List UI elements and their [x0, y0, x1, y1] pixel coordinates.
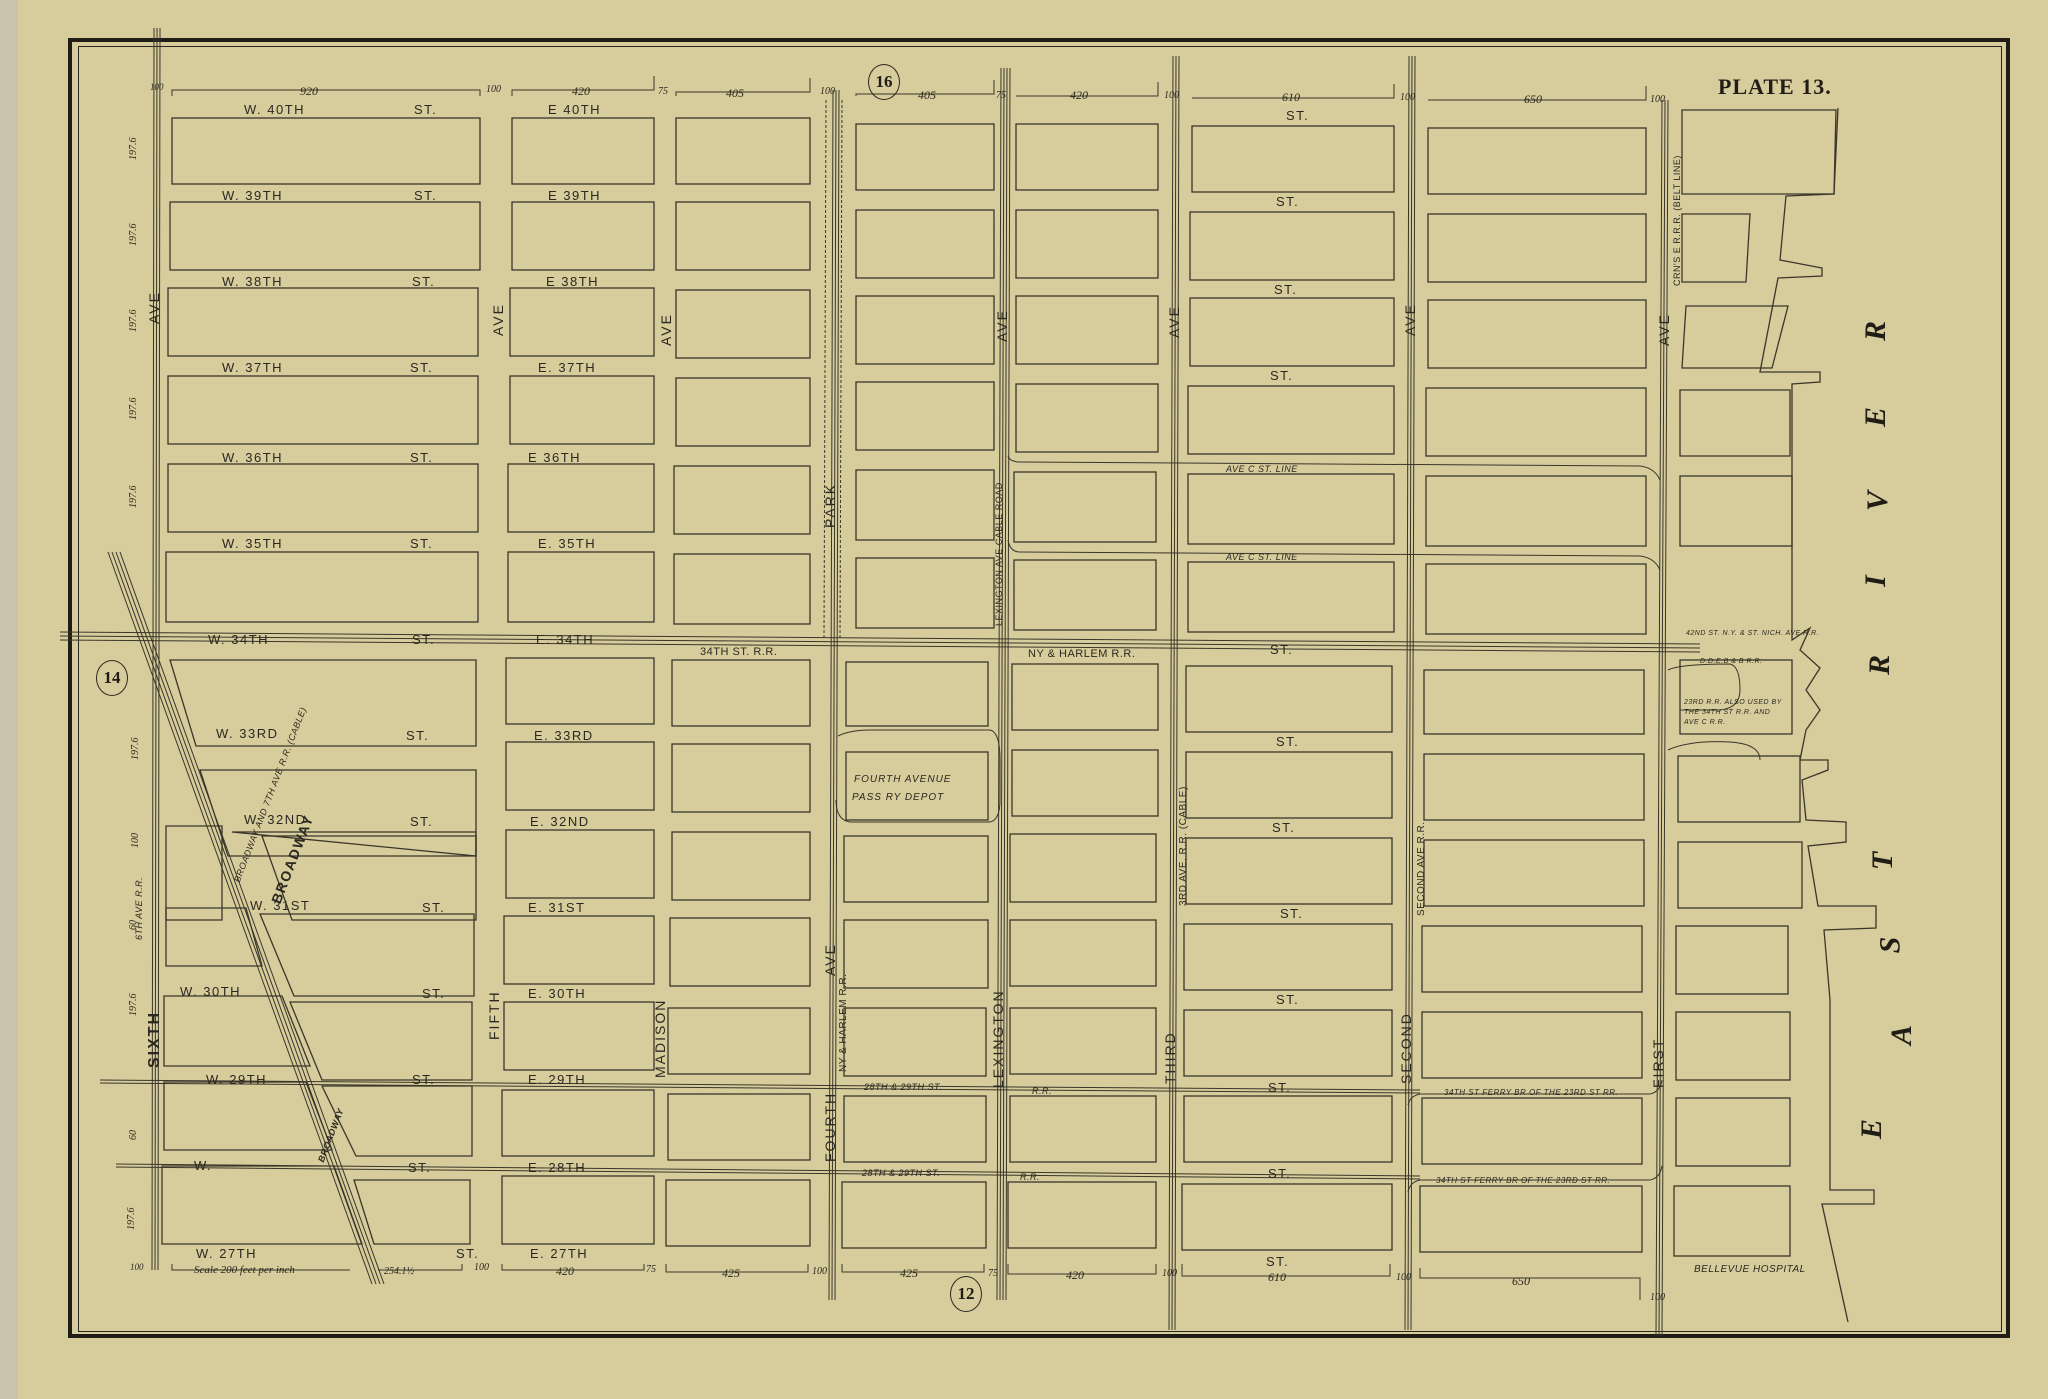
st-suffix: ST.: [456, 1246, 479, 1261]
river-letter: T: [1866, 852, 1900, 870]
street-e36: E 36TH: [528, 450, 581, 465]
st-suffix: ST.: [410, 450, 433, 465]
rr-first-ave-label: CRN'S E R.R.R. (BELT LINE): [1672, 155, 1682, 286]
river-letter: A: [1885, 1025, 1919, 1045]
dim-bottom-4: 75: [646, 1264, 656, 1275]
dim-bottom-1: 254.1½: [384, 1266, 414, 1277]
adjoining-plate-bottom[interactable]: 12: [950, 1276, 982, 1312]
blocks-fourth: [842, 124, 994, 1248]
street-e33: E. 33RD: [534, 728, 594, 743]
dim-bottom-13: 650: [1512, 1274, 1530, 1289]
dim-bottom-3: 420: [556, 1264, 574, 1279]
dim-top-10: 100: [1164, 90, 1179, 101]
rr-b-label: R.R.: [1020, 1172, 1040, 1182]
depot-label-line1: FOURTH AVENUE: [854, 774, 951, 785]
dim-bottom-9: 420: [1066, 1268, 1084, 1283]
street-w39: W. 39TH: [222, 188, 283, 203]
avenue-third: THIRD: [1162, 1031, 1178, 1084]
st-suffix: ST.: [1270, 642, 1293, 657]
dim-top-4: 75: [658, 86, 668, 97]
street-e35: E. 35TH: [538, 536, 596, 551]
rr-ave-c-2-label: AVE C ST. LINE: [1226, 552, 1298, 562]
street-w38: W. 38TH: [222, 274, 283, 289]
street-e27: E. 27TH: [530, 1246, 588, 1261]
street-w30: W. 30TH: [180, 984, 241, 999]
dim-top-9: 420: [1070, 88, 1088, 103]
st-suffix: ST.: [412, 632, 435, 647]
rr-a-label: R.R.: [1032, 1086, 1052, 1096]
st-suffix: ST.: [410, 814, 433, 829]
street-e32: E. 32ND: [530, 814, 590, 829]
river-letter: V: [1861, 491, 1895, 511]
rr-junction-2-label: D.D.E.B & B R.R.: [1700, 658, 1762, 665]
avenue-lexington: LEXINGTON: [990, 989, 1006, 1088]
dim-top-0: 100: [150, 82, 164, 92]
st-suffix: ST.: [410, 536, 433, 551]
street-w40: W. 40TH: [244, 102, 305, 117]
rr-ny-harlem-fourth-label: NY & HARLEM R.R.: [838, 974, 849, 1072]
street-e38: E 38TH: [546, 274, 599, 289]
dim-left-5: 197.6: [130, 738, 141, 761]
rr-ferry-b-label: 34TH ST FERRY BR OF THE 23RD ST RR.: [1436, 1176, 1610, 1185]
river-letter: R: [1859, 321, 1893, 341]
dim-left-0: 197.6: [128, 138, 139, 161]
dim-left-1: 197.6: [128, 224, 139, 247]
river-letter: E: [1859, 407, 1893, 427]
dim-left-2: 197.6: [128, 310, 139, 333]
dim-top-12: 100: [1400, 92, 1415, 103]
dim-top-3: 420: [572, 84, 590, 99]
dim-top-8: 75: [996, 90, 1006, 101]
avenue-park: PARK: [822, 483, 838, 528]
avenue-fifth-ave: AVE: [490, 303, 506, 336]
avenue-first-ave: AVE: [1656, 313, 1672, 346]
dim-left-6: 100: [130, 833, 141, 848]
dim-left-4: 197.6: [128, 486, 139, 509]
dim-left-9: 60: [128, 1130, 139, 1140]
dim-top-7: 405: [918, 88, 936, 103]
street-w28: W.: [194, 1158, 212, 1173]
dim-top-11: 610: [1282, 90, 1300, 105]
dim-left-10: 197.6: [126, 1208, 137, 1231]
st-suffix: ST.: [410, 360, 433, 375]
st-suffix: ST.: [1274, 282, 1297, 297]
street-e39: E 39TH: [548, 188, 601, 203]
street-e34: E. 34TH: [536, 632, 594, 647]
avenue-lexington-ave: AVE: [994, 309, 1010, 342]
avenue-fourth: FOURTH: [822, 1092, 838, 1162]
street-e40: E 40TH: [548, 102, 601, 117]
sixth-ave-rr-label: 6TH AVE R.R.: [134, 877, 144, 940]
st-suffix: ST.: [1266, 1254, 1289, 1269]
adjoining-plate-left[interactable]: 14: [96, 660, 128, 696]
river-letter: R: [1863, 655, 1897, 675]
rr-ave-c-1-label: AVE C ST. LINE: [1226, 464, 1298, 474]
rr-28-29-b-label: 28TH & 29TH ST.: [862, 1168, 940, 1178]
dim-top-2: 100: [486, 84, 501, 95]
dim-bottom-12: 100: [1396, 1272, 1411, 1283]
avenue-first: FIRST: [1650, 1038, 1666, 1088]
street-e31: E. 31ST: [528, 900, 585, 915]
blocks-second: [1420, 128, 1646, 1252]
st-suffix: ST.: [414, 188, 437, 203]
st-suffix: ST.: [1268, 1166, 1291, 1181]
rr-ny-harlem-34-label: NY & HARLEM R.R.: [1028, 648, 1135, 660]
street-e28: E. 28TH: [528, 1160, 586, 1175]
street-w29: W. 29TH: [206, 1072, 267, 1087]
st-suffix: ST.: [1276, 194, 1299, 209]
dim-top-14: 100: [1650, 94, 1665, 105]
avenue-third-ave: AVE: [1166, 305, 1182, 338]
st-suffix: ST.: [1276, 992, 1299, 1007]
dim-bottom-11: 610: [1268, 1270, 1286, 1285]
dim-bottom-10: 100: [1162, 1268, 1177, 1279]
rr-lexington-cable-label: LEXINGTON AVE CABLE ROAD: [994, 482, 1004, 626]
plate-title: PLATE 13.: [1718, 74, 1832, 100]
street-w34: W. 34TH: [208, 632, 269, 647]
street-w37: W. 37TH: [222, 360, 283, 375]
dim-bottom-8: 75: [988, 1268, 998, 1279]
scale-note: Scale 200 feet per inch: [194, 1264, 295, 1276]
bellevue-hospital-label: BELLEVUE HOSPITAL: [1694, 1264, 1806, 1275]
rr-28-29-a-label: 28TH & 29TH ST.: [864, 1082, 942, 1092]
dim-bottom-6: 100: [812, 1266, 827, 1277]
dimension-lines: [172, 76, 1646, 1300]
st-suffix: ST.: [412, 274, 435, 289]
rr-junction-1-label: 42ND ST. N.Y. & ST. NICH. AVE R.R.: [1686, 630, 1819, 637]
river-letter: I: [1859, 575, 1893, 587]
avenue-sixth-ave: AVE: [146, 291, 162, 324]
blocks-lexington: [1008, 124, 1158, 1248]
st-suffix: ST.: [414, 102, 437, 117]
st-suffix: ST.: [1272, 820, 1295, 835]
avenue-madison-ave: AVE: [658, 313, 674, 346]
street-w36: W. 36TH: [222, 450, 283, 465]
dim-left-3: 197.6: [128, 398, 139, 421]
st-suffix: ST.: [408, 1160, 431, 1175]
avenue-second: SECOND: [1398, 1012, 1414, 1084]
dim-bottom-2: 100: [474, 1262, 489, 1273]
rr-ferry-a-label: 34TH ST FERRY BR OF THE 23RD ST RR.: [1444, 1088, 1618, 1097]
dim-top-6: 100: [820, 86, 835, 97]
dim-bottom-5: 425: [722, 1266, 740, 1281]
dim-top-1: 920: [300, 84, 318, 99]
st-suffix: ST.: [1286, 108, 1309, 123]
dim-bottom-14: 100: [1650, 1292, 1665, 1303]
depot-label-line2: PASS RY DEPOT: [852, 792, 944, 803]
rr-junction-3-label: 23RD R.R. ALSO USED BY THE 34TH ST R.R. …: [1684, 698, 1784, 728]
dim-bottom-7: 425: [900, 1266, 918, 1281]
st-suffix: ST.: [422, 986, 445, 1001]
river-letter: S: [1873, 937, 1907, 954]
dim-left-8: 197.6: [128, 994, 139, 1017]
rr-third-ave-label: 3RD AVE. R.R. (CABLE): [1178, 786, 1189, 906]
avenue-second-ave: AVE: [1402, 303, 1418, 336]
avenue-fifth: FIFTH: [486, 990, 502, 1040]
street-e29: E. 29TH: [528, 1072, 586, 1087]
street-w27: W. 27TH: [196, 1246, 257, 1261]
st-suffix: ST.: [422, 900, 445, 915]
adjoining-plate-top[interactable]: 16: [868, 64, 900, 100]
dim-top-13: 650: [1524, 92, 1542, 107]
dim-bottom-0: 100: [130, 1262, 144, 1272]
avenue-madison: MADISON: [652, 999, 668, 1078]
st-suffix: ST.: [412, 1072, 435, 1087]
rr-second-ave-label: SECOND AVE R.R.: [1416, 821, 1427, 916]
dim-top-5: 405: [726, 86, 744, 101]
blocks-madison: [666, 118, 810, 1246]
st-suffix: ST.: [1268, 1080, 1291, 1095]
rr-34th-label: 34TH ST. R.R.: [700, 646, 777, 658]
avenue-fourth-ave: AVE: [822, 943, 838, 976]
st-suffix: ST.: [1280, 906, 1303, 921]
street-w33: W. 33RD: [216, 726, 279, 741]
avenue-tracks: [60, 28, 1760, 1336]
river-letter: E: [1855, 1119, 1889, 1139]
avenue-sixth: SIXTH: [146, 1011, 164, 1068]
street-e30: E. 30TH: [528, 986, 586, 1001]
street-w35: W. 35TH: [222, 536, 283, 551]
st-suffix: ST.: [1276, 734, 1299, 749]
st-suffix: ST.: [1270, 368, 1293, 383]
st-suffix: ST.: [406, 728, 429, 743]
street-e37: E. 37TH: [538, 360, 596, 375]
